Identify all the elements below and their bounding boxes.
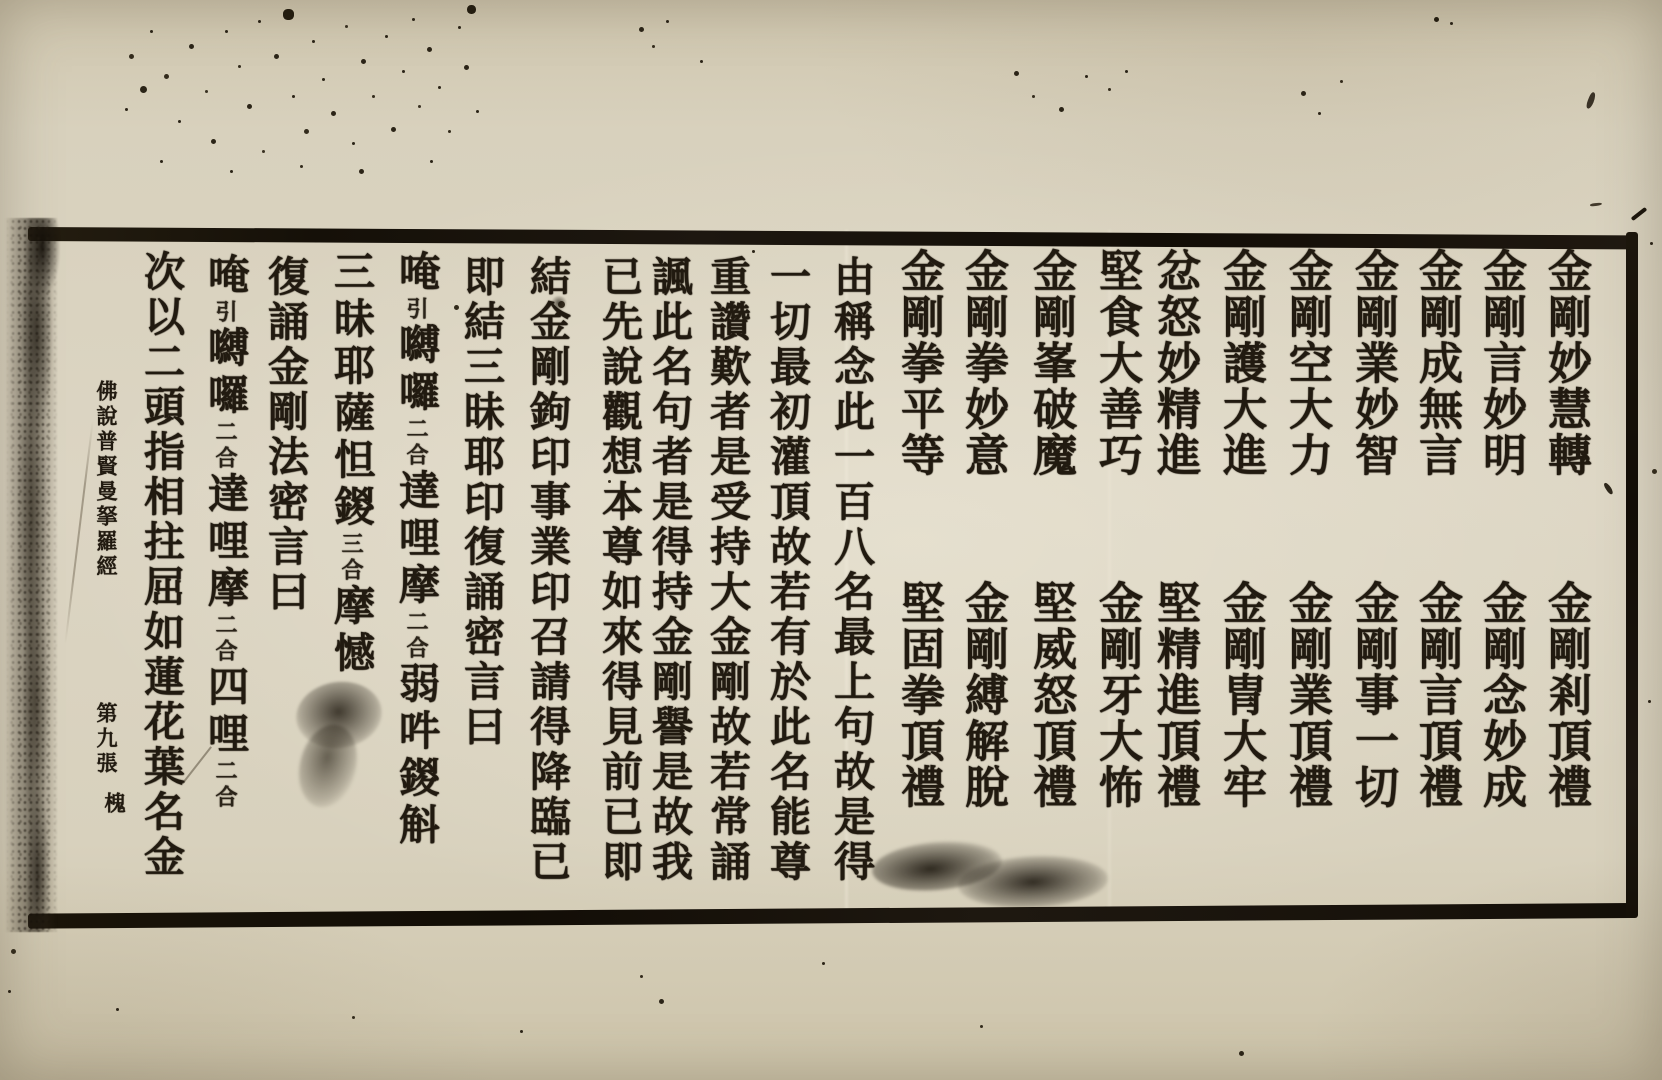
frame-border-bottom bbox=[28, 903, 1634, 929]
text-column-17: 結金剛鉤印事業印召請得降臨已 bbox=[526, 255, 567, 885]
sutra-text: 堅威怒頂禮 bbox=[1026, 580, 1075, 810]
sutra-text: 唵 bbox=[202, 253, 248, 300]
sutra-text: 金剛言頂禮 bbox=[1412, 580, 1461, 810]
text-column-2-seg2: 金剛念妙成 bbox=[1478, 580, 1522, 810]
sutra-text: 金剛言妙明 bbox=[1476, 248, 1525, 478]
text-column-9-seg2: 堅威怒頂禮 bbox=[1028, 580, 1072, 810]
paper-scratch bbox=[64, 421, 93, 645]
text-column-1-seg2: 金剛剎頂禮 bbox=[1543, 580, 1587, 810]
text-column-3-seg2: 金剛言頂禮 bbox=[1414, 580, 1458, 810]
frame-corner-mark bbox=[1631, 207, 1648, 221]
text-column-6-seg1: 金剛護大進 bbox=[1218, 248, 1262, 478]
text-column-10-seg1: 金剛拳妙意 bbox=[960, 248, 1004, 478]
text-column-21: 復誦金剛法密言曰 bbox=[264, 255, 305, 615]
sutra-text: 金剛縛解脫 bbox=[958, 580, 1007, 810]
ink-speckles bbox=[0, 0, 3, 3]
sutra-text: 金剛成無言 bbox=[1412, 248, 1461, 478]
text-column-7-seg1: 忿怒妙精進 bbox=[1152, 248, 1196, 478]
sutra-text: 唵 bbox=[393, 250, 439, 297]
sutra-text: 重讚歎者是受持大金剛故若常誦 bbox=[704, 255, 750, 885]
text-column-11-seg2: 堅固拳頂禮 bbox=[896, 580, 940, 810]
sutra-text: 金剛事一切 bbox=[1348, 580, 1397, 810]
text-column-23: 次以二頭指相拄屈如蓮花葉名金 bbox=[140, 250, 181, 880]
sutra-text: 金剛業妙智 bbox=[1348, 248, 1397, 478]
text-column-8-seg1: 堅食大善巧 bbox=[1094, 248, 1138, 478]
text-column-3-seg1: 金剛成無言 bbox=[1414, 248, 1458, 478]
sutra-text: 金剛護大進 bbox=[1216, 248, 1265, 478]
phonetic-annotation: 二合 bbox=[213, 759, 238, 811]
text-column-22: 唵引嚩囉二合達哩摩二合四哩二合 bbox=[204, 253, 245, 811]
sutra-text: 金剛剎頂禮 bbox=[1541, 580, 1590, 810]
sutra-text: 金剛牙大怖 bbox=[1092, 580, 1141, 810]
text-column-7-seg2: 堅精進頂禮 bbox=[1152, 580, 1196, 810]
sutra-text: 金剛拳平等 bbox=[894, 248, 943, 478]
sutra-text: 金剛妙慧轉 bbox=[1541, 248, 1590, 478]
text-column-5-seg1: 金剛空大力 bbox=[1284, 248, 1328, 478]
sutra-text: 第九張 bbox=[94, 702, 118, 777]
text-column-20: 三昧耶薩怛鍐三合摩憾 bbox=[330, 250, 371, 678]
text-column-12: 由稱念此一百八名最上句故是得 bbox=[830, 255, 871, 885]
frame-border-left-smudge bbox=[4, 218, 60, 932]
sutra-text: 結金剛鉤印事業印召請得降臨已 bbox=[524, 255, 570, 885]
ink-fleck bbox=[1603, 482, 1614, 496]
sutra-text: 金剛冑大牢 bbox=[1216, 580, 1265, 810]
ink-fleck bbox=[1590, 202, 1602, 207]
text-column-4-seg1: 金剛業妙智 bbox=[1350, 248, 1394, 478]
sutra-text: 堅食大善巧 bbox=[1092, 248, 1141, 478]
sutra-text: 嚩囉 bbox=[202, 326, 248, 420]
sutra-text: 金剛念妙成 bbox=[1476, 580, 1525, 810]
text-column-24-seg3: 槐 bbox=[103, 792, 124, 817]
sutra-text: 諷此名句者是得持金剛譽是故我 bbox=[646, 255, 692, 885]
phonetic-annotation: 二合 bbox=[213, 613, 238, 665]
sutra-text: 堅固拳頂禮 bbox=[894, 580, 943, 810]
sutra-text: 達哩摩 bbox=[202, 472, 248, 613]
text-column-24-seg1: 佛說普賢曼拏羅經 bbox=[95, 380, 116, 580]
sutra-text: 嚩囉 bbox=[393, 323, 439, 417]
sutra-text: 忿怒妙精進 bbox=[1150, 248, 1199, 478]
sutra-text: 次以二頭指相拄屈如蓮花葉名金 bbox=[138, 250, 184, 880]
sutra-text: 三昧耶薩怛鍐 bbox=[328, 250, 374, 532]
text-column-4-seg2: 金剛事一切 bbox=[1350, 580, 1394, 810]
text-column-19: 唵引嚩囉二合達哩摩二合弱吽鍐斛 bbox=[395, 250, 436, 850]
text-column-5-seg2: 金剛業頂禮 bbox=[1284, 580, 1328, 810]
sutra-page: 金剛妙慧轉金剛剎頂禮金剛言妙明金剛念妙成金剛成無言金剛言頂禮金剛業妙智金剛事一切… bbox=[0, 0, 1662, 1080]
text-column-8-seg2: 金剛牙大怖 bbox=[1094, 580, 1138, 810]
phonetic-annotation: 引 bbox=[404, 297, 429, 323]
sutra-text: 金剛峯破魔 bbox=[1026, 248, 1075, 478]
text-column-13: 一切最初灌頂故若有於此名能尊 bbox=[766, 255, 807, 885]
frame-border-top bbox=[28, 227, 1632, 249]
text-column-18: 即結三昧耶印復誦密言曰 bbox=[460, 255, 501, 750]
text-column-9-seg1: 金剛峯破魔 bbox=[1028, 248, 1072, 478]
sutra-text: 金剛空大力 bbox=[1282, 248, 1331, 478]
sutra-text: 一切最初灌頂故若有於此名能尊 bbox=[764, 255, 810, 885]
sutra-text: 已先說觀想本尊如來得見前已即 bbox=[596, 255, 642, 885]
sutra-text: 由稱念此一百八名最上句故是得 bbox=[828, 255, 874, 885]
sutra-text: 槐 bbox=[102, 792, 126, 817]
text-column-2-seg1: 金剛言妙明 bbox=[1478, 248, 1522, 478]
text-column-6-seg2: 金剛冑大牢 bbox=[1218, 580, 1262, 810]
text-column-15: 諷此名句者是得持金剛譽是故我 bbox=[648, 255, 689, 885]
phonetic-annotation: 引 bbox=[213, 300, 238, 326]
frame-border-right bbox=[1626, 232, 1638, 918]
text-column-1-seg1: 金剛妙慧轉 bbox=[1543, 248, 1587, 478]
sutra-text: 復誦金剛法密言曰 bbox=[262, 255, 308, 615]
text-column-16: 已先說觀想本尊如來得見前已即 bbox=[598, 255, 639, 885]
sutra-text: 堅精進頂禮 bbox=[1150, 580, 1199, 810]
phonetic-annotation: 二合 bbox=[404, 417, 429, 469]
sutra-text: 四哩 bbox=[202, 665, 248, 759]
sutra-text: 達哩摩 bbox=[393, 469, 439, 610]
text-column-11-seg1: 金剛拳平等 bbox=[896, 248, 940, 478]
text-column-10-seg2: 金剛縛解脫 bbox=[960, 580, 1004, 810]
phonetic-annotation: 三合 bbox=[339, 532, 364, 584]
ink-stipple-texture bbox=[4, 218, 60, 932]
sutra-text: 即結三昧耶印復誦密言曰 bbox=[458, 255, 504, 750]
sutra-text: 摩憾 bbox=[328, 584, 374, 678]
text-column-24-seg2: 第九張 bbox=[95, 702, 116, 777]
text-column-14: 重讚歎者是受持大金剛故若常誦 bbox=[706, 255, 747, 885]
ink-fleck bbox=[1585, 91, 1597, 109]
sutra-text: 金剛業頂禮 bbox=[1282, 580, 1331, 810]
sutra-text: 弱吽鍐斛 bbox=[393, 662, 439, 850]
sutra-text: 金剛拳妙意 bbox=[958, 248, 1007, 478]
phonetic-annotation: 二合 bbox=[213, 420, 238, 472]
sutra-text: 佛說普賢曼拏羅經 bbox=[94, 380, 118, 580]
phonetic-annotation: 二合 bbox=[404, 610, 429, 662]
